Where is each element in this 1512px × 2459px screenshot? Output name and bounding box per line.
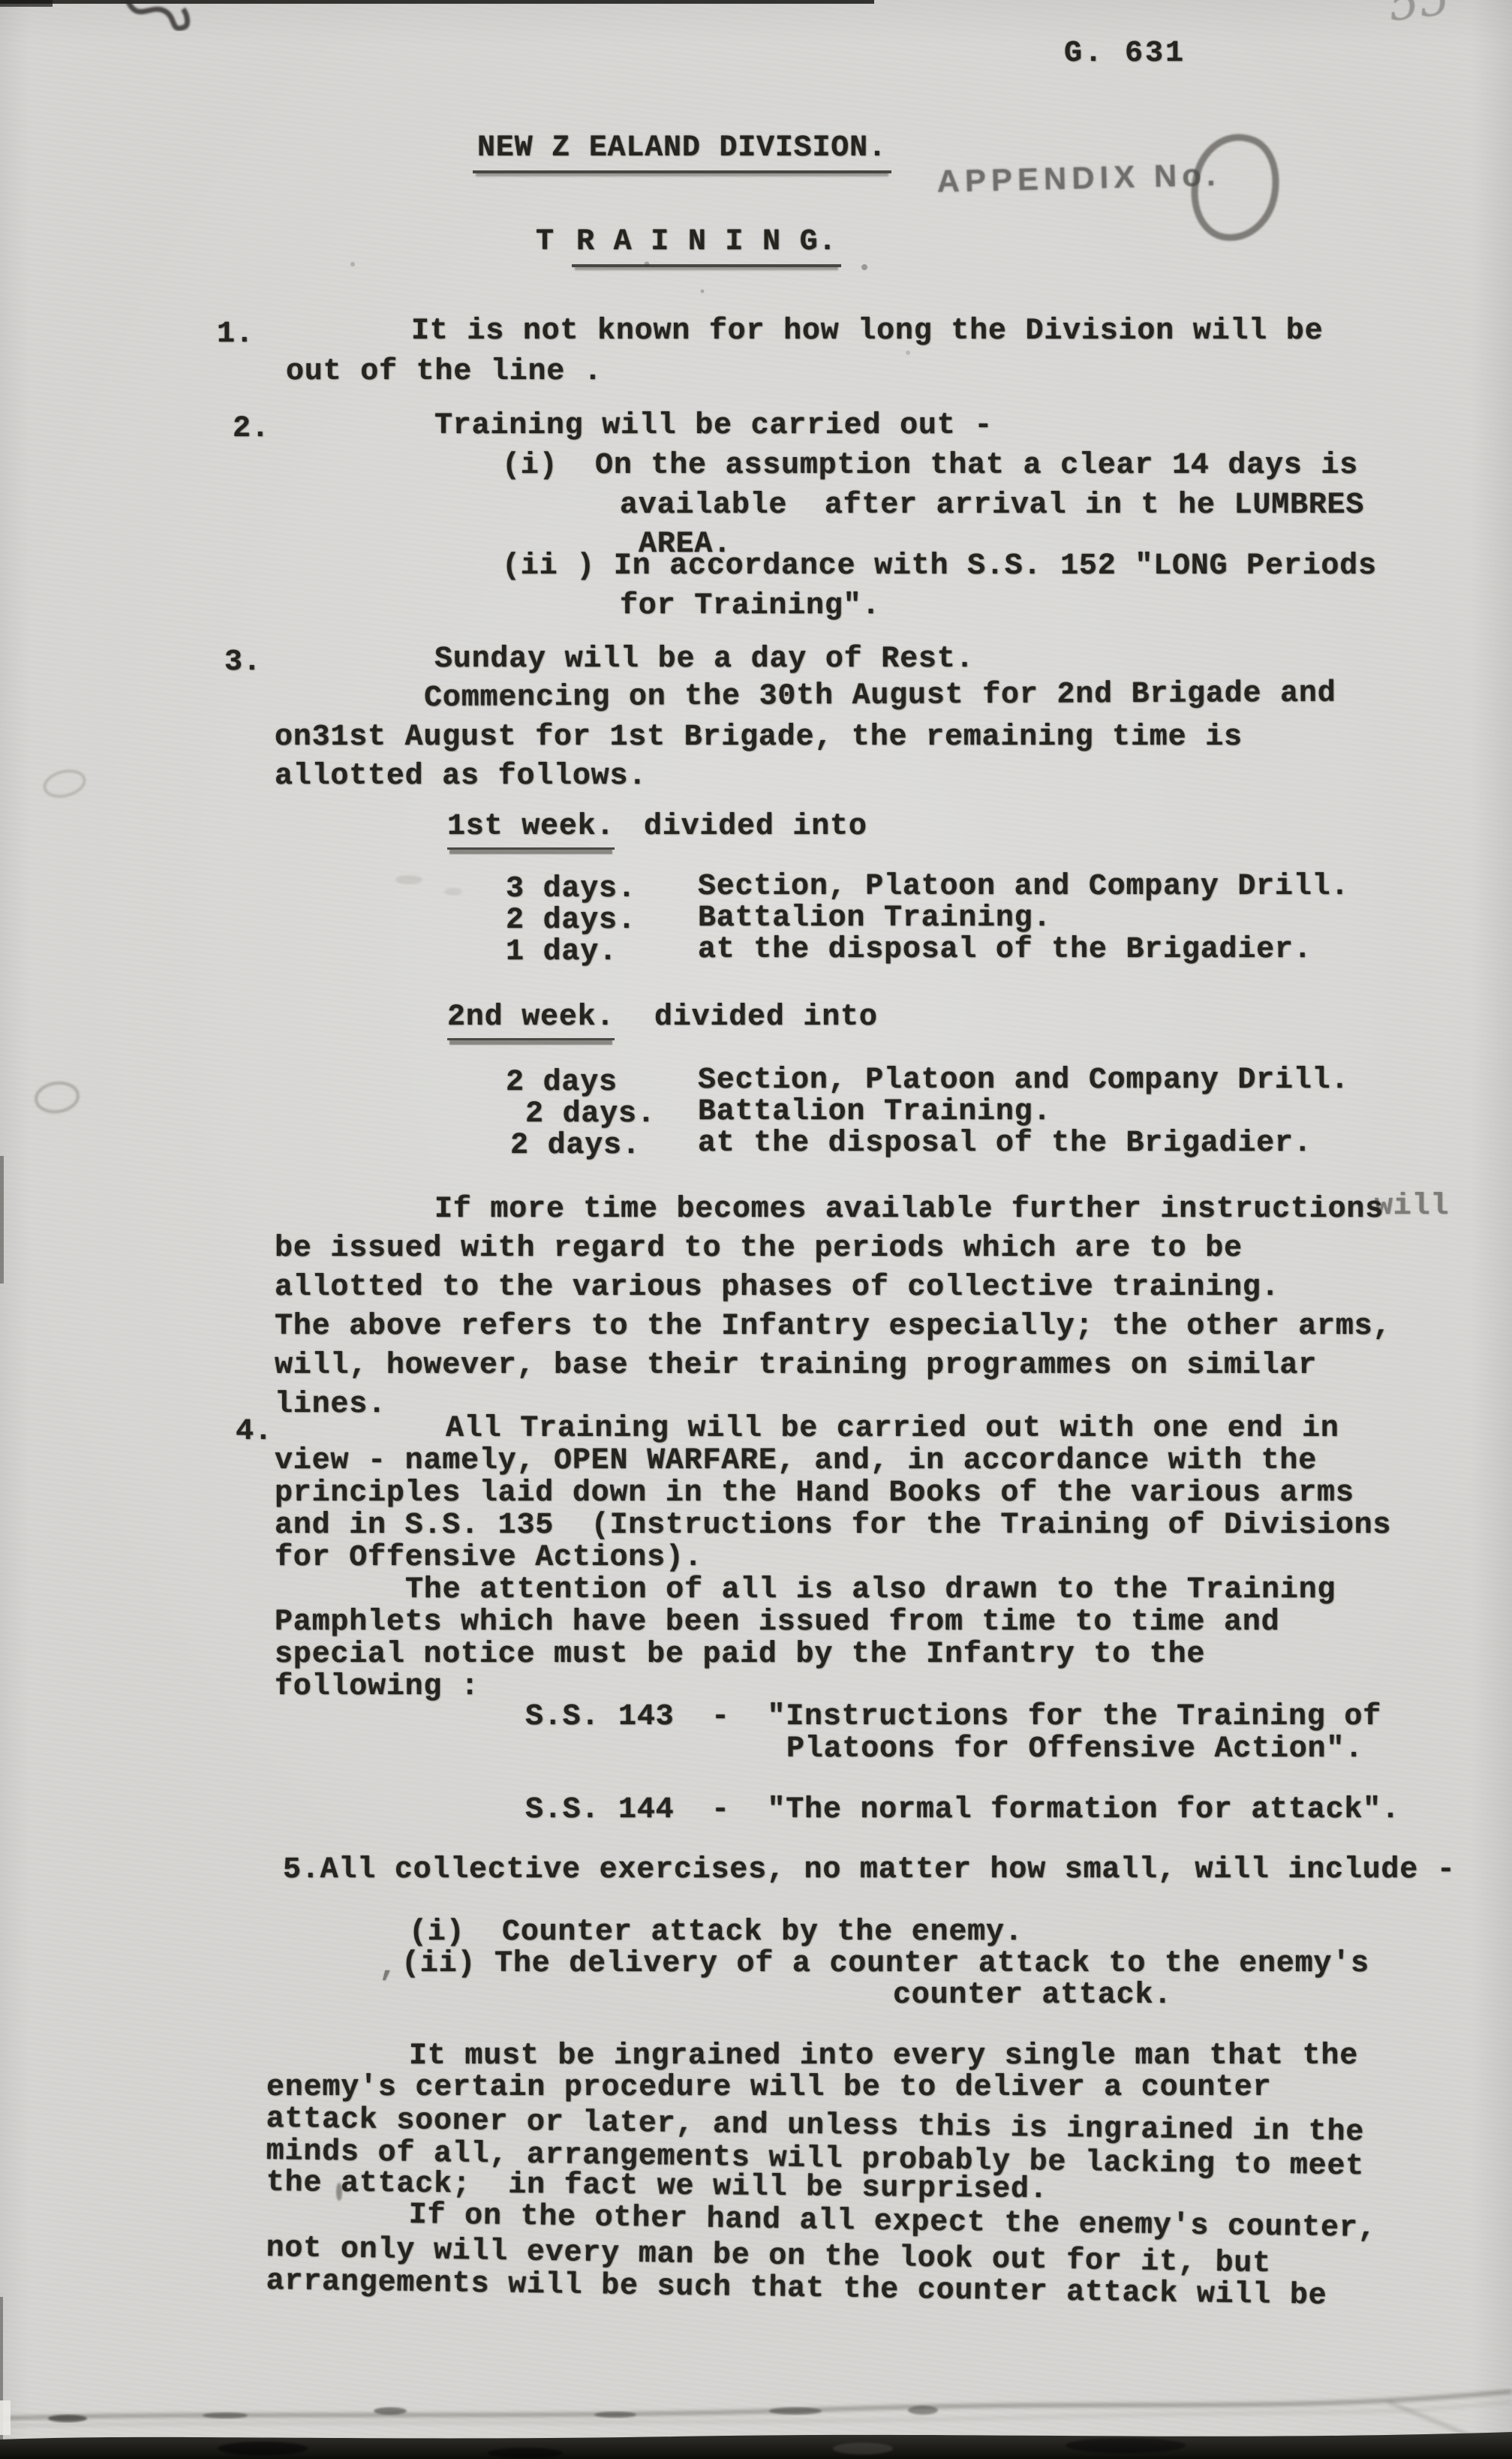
- para-1-number: 1.: [217, 318, 254, 351]
- schedule-duration: 2 days.: [506, 904, 636, 938]
- schedule-activity: Section, Platoon and Company Drill.: [698, 871, 1349, 904]
- para-line: The above refers to the Infantry especia…: [275, 1311, 1391, 1344]
- para-5-line: 5.All collective exercises, no matter ho…: [283, 1854, 1456, 1887]
- pencil-squiggle-top-left: [128, 0, 188, 29]
- para-4-line: All Training will be carried out with on…: [446, 1413, 1339, 1446]
- appendix-number-handwritten: O: [1180, 125, 1289, 250]
- week-2-heading-suffix: divided into: [654, 1001, 878, 1034]
- scan-edge-top: [0, 0, 874, 4]
- para-line-faded-word: will: [1375, 1190, 1449, 1223]
- schedule-duration: 1 day.: [506, 936, 618, 969]
- schedule-duration: 2 days: [506, 1067, 618, 1100]
- schedule-duration: 2 days.: [525, 1098, 656, 1131]
- ss-144-reference: S.S. 144 - "The normal formation for att…: [525, 1794, 1400, 1827]
- ring-mark: [35, 1080, 80, 1114]
- stray-comma-mark: ,: [379, 1952, 398, 1985]
- doc-subtitle-initial: T: [536, 226, 555, 259]
- para-4-line: Pamphlets which have been issued from ti…: [275, 1606, 1279, 1639]
- para-4-line: principles laid down in the Hand Books o…: [275, 1477, 1354, 1510]
- fold-crease: [0, 2391, 1512, 2418]
- doc-number: G. 631: [1064, 38, 1186, 71]
- doc-title: NEW Z EALAND DIVISION.: [473, 132, 891, 173]
- para-4-line: view - namely, OPEN WARFARE, and, in acc…: [275, 1445, 1317, 1478]
- para-4-line: for Offensive Actions).: [275, 1542, 703, 1575]
- para-4-number: 4.: [236, 1416, 273, 1449]
- para-5-item-ii-cont: counter attack.: [893, 1979, 1172, 2012]
- schedule-activity: at the disposal of the Brigadier.: [698, 934, 1312, 967]
- para-5-item-ii: (ii) The delivery of a counter attack to…: [401, 1948, 1369, 1981]
- para-2-line: available after arrival in t he LUMBRES: [620, 489, 1364, 522]
- para-4-line: special notice must be paid by the Infan…: [275, 1639, 1205, 1672]
- schedule-activity: at the disposal of the Brigadier.: [698, 1127, 1312, 1160]
- closing-para-line: the attack; in fact we will be surprised…: [266, 2167, 1048, 2207]
- para-2-item-i: (i) On the assumption that a clear 14 da…: [502, 450, 1358, 483]
- paper-notch: [0, 2400, 11, 2435]
- para-line: lines.: [275, 1389, 386, 1422]
- doc-subtitle: R A I N I N G.: [572, 226, 841, 267]
- para-3-line: Commencing on the 30th August for 2nd Br…: [424, 678, 1336, 715]
- schedule-duration: 3 days.: [506, 873, 636, 906]
- week-1-heading: 1st week.: [447, 811, 615, 850]
- corner-note-top-right: 55: [1385, 0, 1453, 32]
- para-2-line: for Training".: [620, 590, 880, 623]
- appendix-stamp-label: APPENDIX No.: [936, 157, 1221, 200]
- para-line: will, however, base their training progr…: [275, 1350, 1317, 1383]
- para-line: allotted to the various phases of collec…: [275, 1272, 1279, 1305]
- schedule-activity: Battalion Training.: [698, 902, 1051, 935]
- para-4-line: and in S.S. 135 (Instructions for the Tr…: [275, 1509, 1391, 1543]
- schedule-activity: Battalion Training.: [698, 1096, 1051, 1129]
- para-3-line: allotted as follows.: [275, 760, 647, 793]
- para-4-line: The attention of all is also drawn to th…: [405, 1574, 1336, 1607]
- week-1-heading-suffix: divided into: [644, 811, 867, 844]
- para-1-line: It is not known for how long the Divisio…: [411, 315, 1323, 348]
- scan-edge-bottom: [0, 2432, 1512, 2459]
- schedule-activity: Section, Platoon and Company Drill.: [698, 1064, 1349, 1097]
- closing-para-line: It must be ingrained into every single m…: [409, 2040, 1358, 2073]
- para-line: If more time becomes available further i…: [434, 1193, 1384, 1226]
- para-3-line: Sunday will be a day of Rest.: [434, 643, 974, 676]
- para-1-line: out of the line .: [286, 356, 603, 389]
- week-2-heading: 2nd week.: [447, 1001, 615, 1040]
- para-4-line: following :: [275, 1671, 479, 1704]
- para-3-number: 3.: [224, 646, 262, 679]
- para-5-item-i: (i) Counter attack by the enemy.: [409, 1916, 1024, 1949]
- para-2-number: 2.: [233, 413, 270, 446]
- schedule-duration: 2 days.: [510, 1130, 641, 1163]
- para-line: be issued with regard to the periods whi…: [275, 1233, 1243, 1266]
- scanned-document-page: G. 631 NEW Z EALAND DIVISION. T R A I N …: [0, 0, 1512, 2459]
- para-3-line: on31st August for 1st Brigade, the remai…: [275, 721, 1243, 754]
- para-2-line: Training will be carried out -: [434, 410, 993, 443]
- ring-mark: [42, 767, 87, 800]
- para-2-item-ii: (ii ) In accordance with S.S. 152 "LONG …: [502, 550, 1377, 583]
- closing-para-line: enemy's certain procedure will be to del…: [266, 2072, 1271, 2105]
- ss-143-reference: S.S. 143 - "Instructions for the Trainin…: [525, 1701, 1381, 1734]
- ss-143-reference-cont: Platoons for Offensive Action".: [786, 1733, 1363, 1766]
